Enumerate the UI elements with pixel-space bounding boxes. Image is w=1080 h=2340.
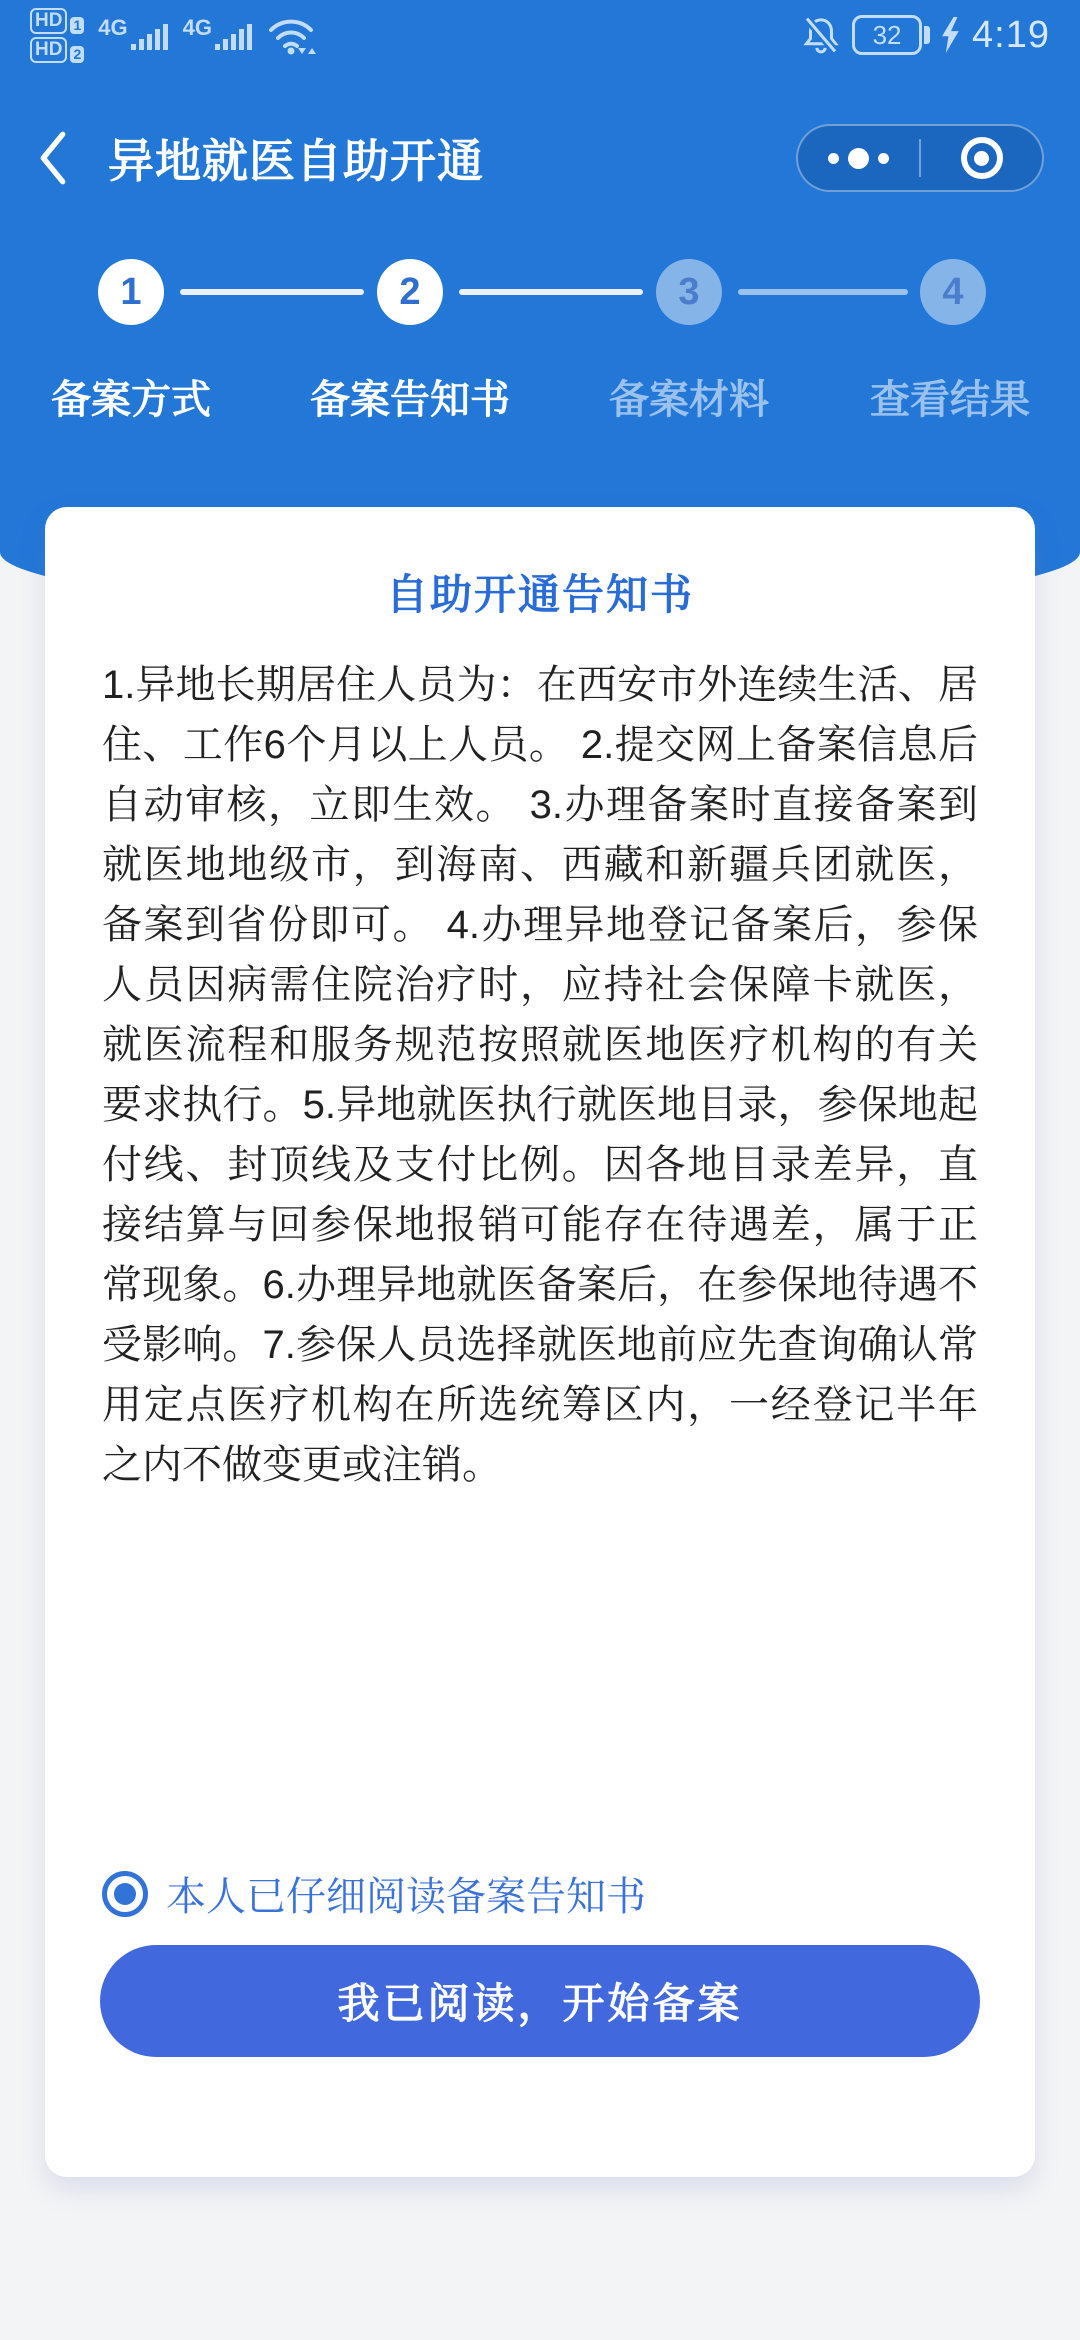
- signal-sim2: 4G: [183, 20, 253, 50]
- clock-time: 4:19: [972, 14, 1050, 57]
- battery-icon: 32: [852, 15, 930, 55]
- charging-icon: [940, 17, 962, 53]
- sim-stack: HD 1 HD 2: [30, 8, 84, 63]
- exit-button[interactable]: [921, 126, 1042, 190]
- back-chevron-icon: [36, 130, 70, 186]
- sim-slot-number: 2: [70, 46, 84, 63]
- sim-slot-number: 1: [70, 17, 84, 34]
- hd-voice-icon-sim2: HD 2: [30, 37, 84, 63]
- page-title: 异地就医自助开通: [108, 125, 484, 191]
- more-dots-icon: [828, 148, 889, 169]
- agreement-row[interactable]: 本人已仔细阅读备案告知书: [102, 1865, 978, 1922]
- step-label-1: 备案方式: [51, 368, 211, 425]
- step-circle-2: 2: [377, 259, 443, 325]
- screen: HD 1 HD 2 4G: [0, 0, 1080, 2340]
- signal-sim1: 4G: [98, 20, 168, 50]
- wifi-icon: [267, 15, 319, 55]
- step-label-3: 备案材料: [609, 368, 769, 425]
- step-circle-4: 4: [920, 259, 986, 325]
- step-connector: [738, 289, 908, 295]
- target-circle-icon: [961, 137, 1003, 179]
- status-bar: HD 1 HD 2 4G: [0, 0, 1080, 64]
- notifications-off-icon: [800, 14, 842, 56]
- radio-dot: [114, 1883, 136, 1905]
- back-button[interactable]: [36, 124, 80, 192]
- status-left-cluster: HD 1 HD 2 4G: [30, 8, 319, 63]
- step-label-2: 备案告知书: [310, 368, 510, 425]
- nav-bar: 异地就医自助开通: [0, 120, 1080, 196]
- stepper: 1 2 3 4 备案方式 备案告知书 备案材料 查看结果: [0, 196, 1080, 436]
- battery-percent: 32: [852, 15, 922, 55]
- signal-bars-icon: [215, 20, 253, 50]
- step-connector: [180, 289, 364, 295]
- network-type-label: 4G: [183, 18, 212, 38]
- notice-body-text: 1.异地长期居住人员为：在西安市外连续生活、居住、工作6个月以上人员。 2.提交…: [102, 655, 978, 1495]
- hd-badge: HD: [30, 8, 67, 34]
- step-circle-3: 3: [656, 259, 722, 325]
- step-connector: [459, 289, 643, 295]
- hd-voice-icon-sim1: HD 1: [30, 8, 84, 34]
- status-right-cluster: 32 4:19: [800, 14, 1050, 57]
- more-button[interactable]: [798, 126, 919, 190]
- agreement-label[interactable]: 本人已仔细阅读备案告知书: [166, 1865, 646, 1922]
- step-label-4: 查看结果: [870, 368, 1030, 425]
- hd-badge: HD: [30, 37, 67, 63]
- battery-nub: [924, 26, 930, 44]
- network-type-label: 4G: [98, 18, 127, 38]
- radio-selected-icon[interactable]: [102, 1871, 148, 1917]
- signal-bars-icon: [131, 20, 169, 50]
- start-filing-button[interactable]: 我已阅读，开始备案: [100, 1945, 980, 2057]
- miniprogram-capsule: [796, 124, 1044, 192]
- notice-title: 自助开通告知书: [45, 562, 1035, 622]
- notice-card: 自助开通告知书 1.异地长期居住人员为：在西安市外连续生活、居住、工作6个月以上…: [45, 507, 1035, 2177]
- step-circle-1: 1: [98, 259, 164, 325]
